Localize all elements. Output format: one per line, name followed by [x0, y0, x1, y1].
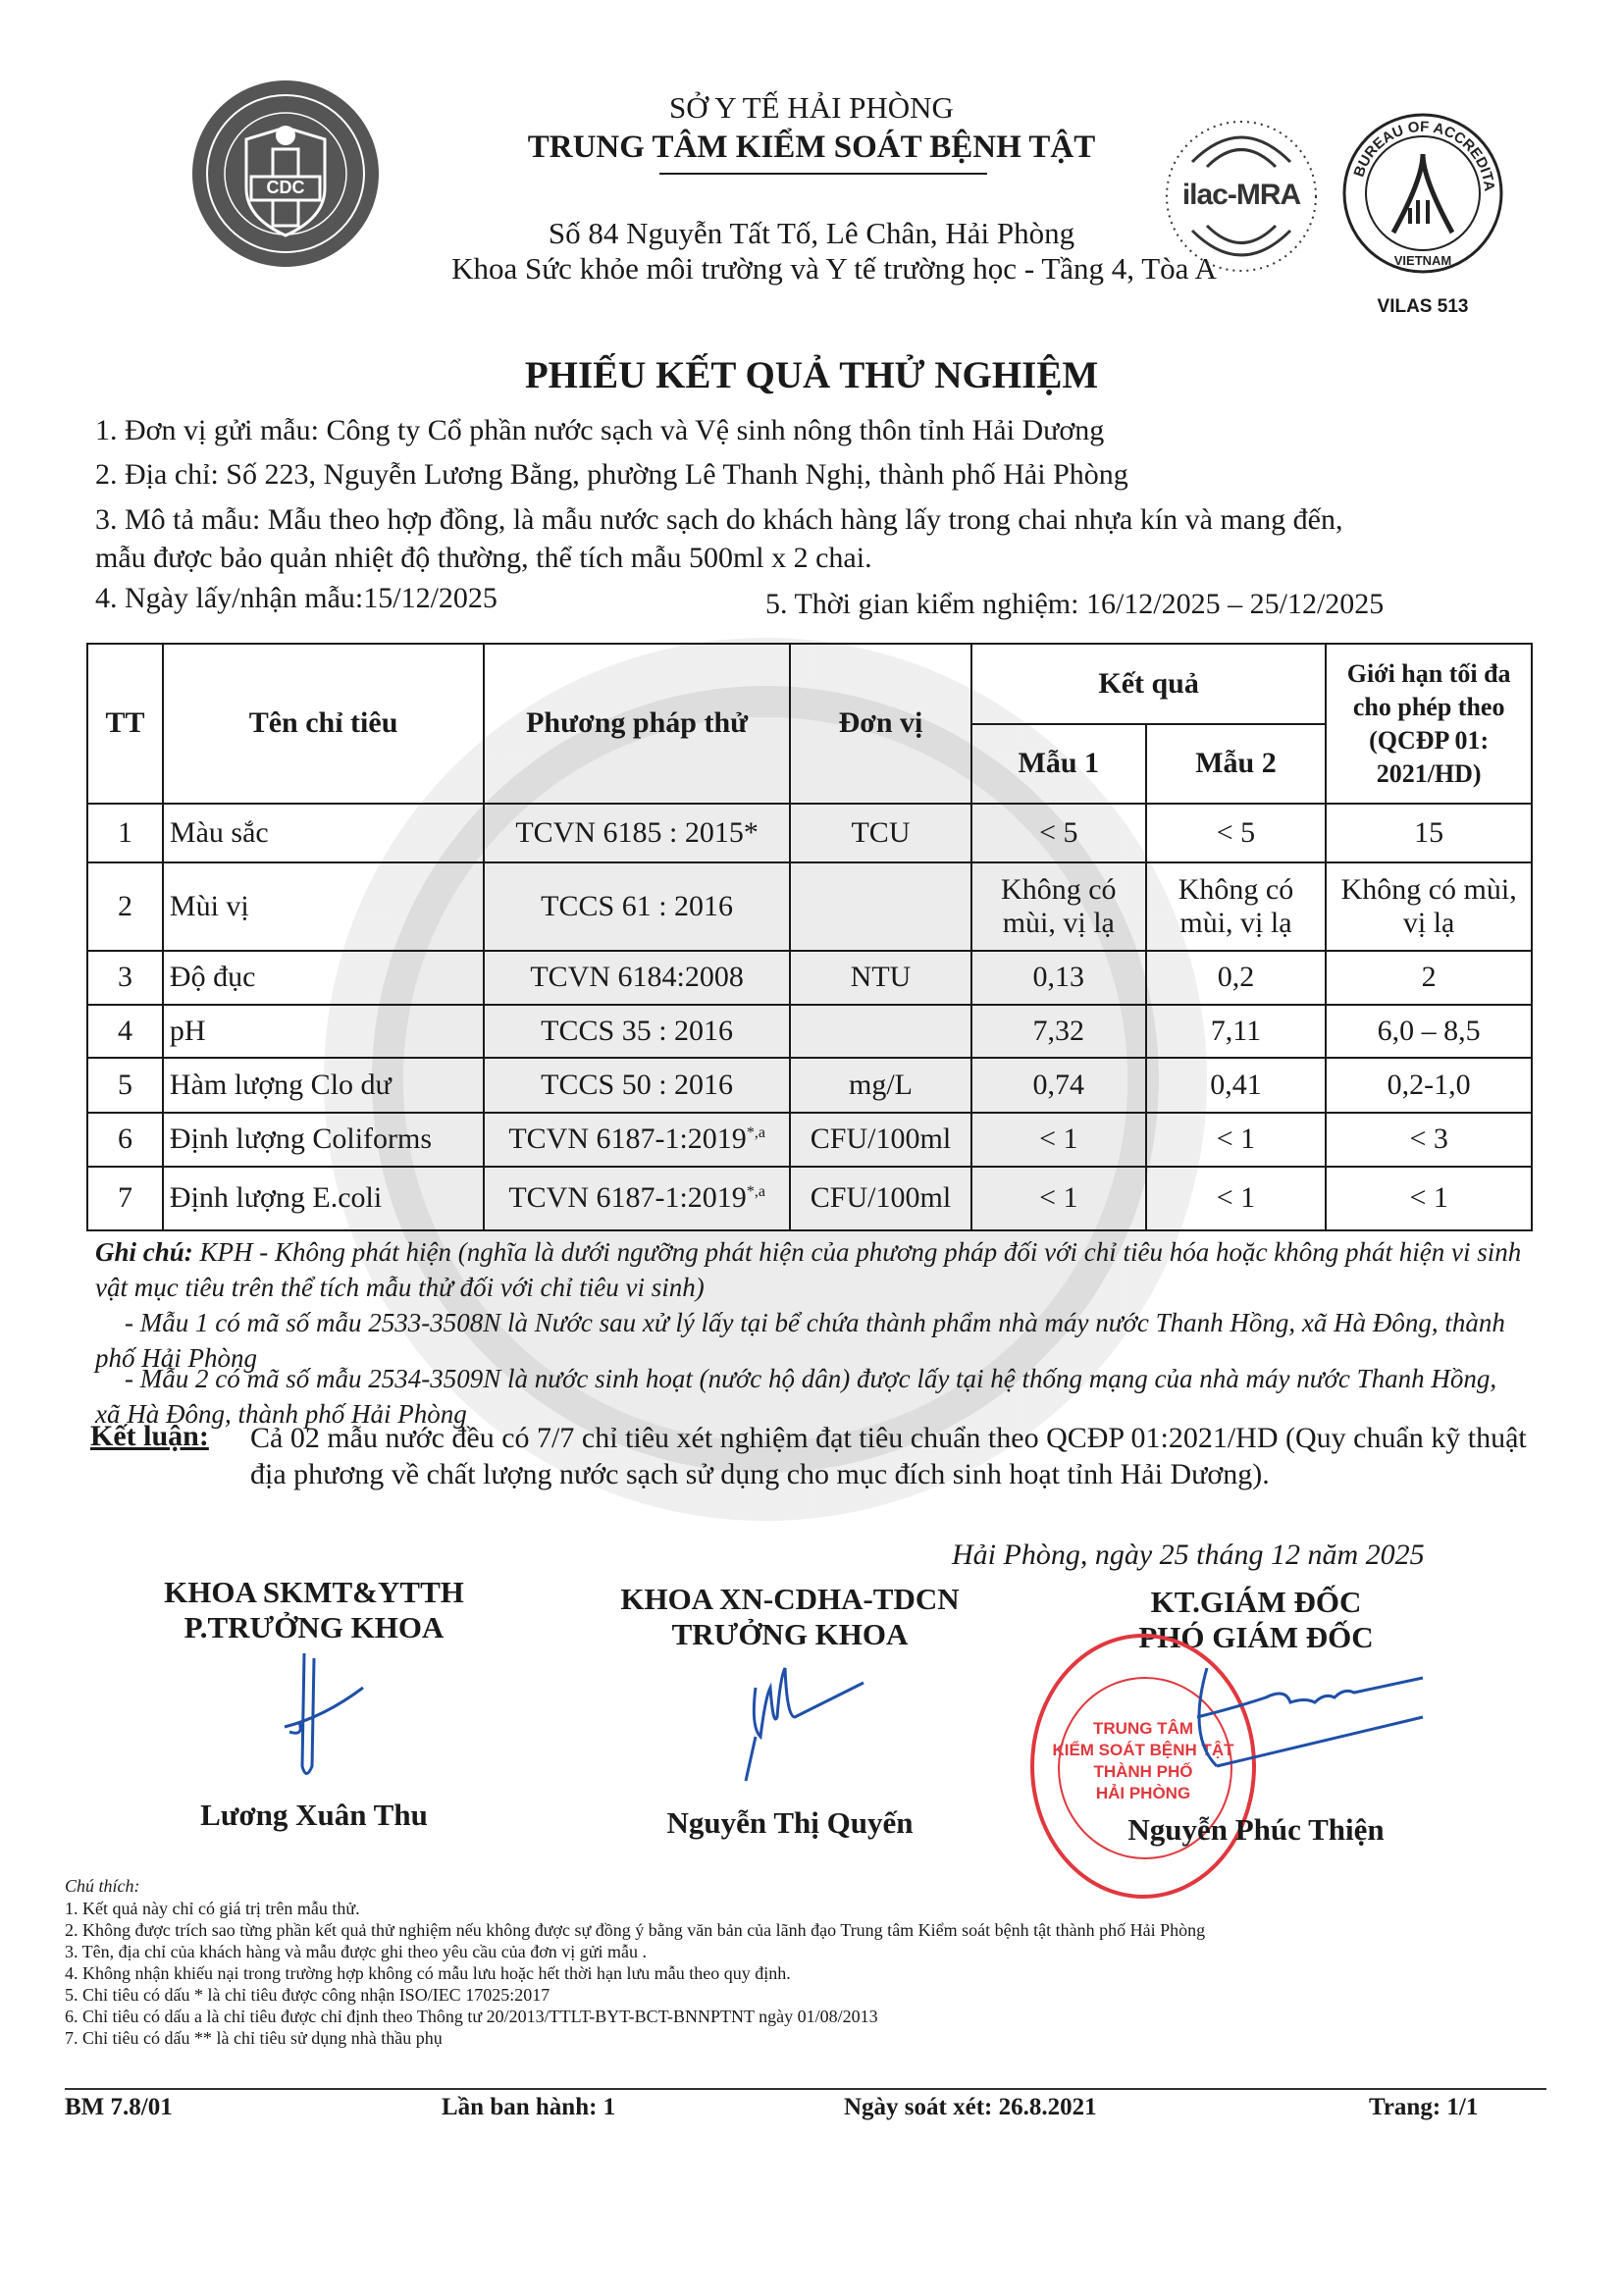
cell-unit: TCU	[790, 804, 971, 862]
cell-limit: Không có mùi, vị lạ	[1326, 862, 1532, 951]
cell-sample1: 0,74	[971, 1058, 1146, 1113]
table-row: 3Độ đụcTCVN 6184:2008NTU0,130,22	[87, 951, 1532, 1005]
cell-sample1: 0,13	[971, 951, 1146, 1005]
cell-tt: 2	[87, 862, 163, 951]
signature-block-2: KHOA XN-CDHA-TDCN TRƯỞNG KHOA	[574, 1582, 1006, 1652]
cell-sample1: < 1	[971, 1167, 1146, 1230]
cdc-logo-text: CDC	[261, 178, 310, 198]
cell-method: TCCS 61 : 2016	[484, 862, 790, 951]
signature-3-title1: KT.GIÁM ĐỐC	[1040, 1585, 1472, 1620]
signature-block-1: KHOA SKMT&YTTH P.TRƯỞNG KHOA	[98, 1575, 530, 1645]
signature-1-dept: KHOA SKMT&YTTH	[98, 1575, 530, 1610]
issue-date-place: Hải Phòng, ngày 25 tháng 12 năm 2025	[952, 1539, 1425, 1572]
cell-method: TCVN 6185 : 2015*	[484, 804, 790, 862]
note-kph-text: KPH - Không phát hiện (nghĩa là dưới ngư…	[95, 1237, 1521, 1302]
cell-tt: 3	[87, 951, 163, 1005]
cell-sample1: < 5	[971, 804, 1146, 862]
boa-logo: BUREAU OF ACCREDITATION VIETNAM	[1339, 110, 1506, 277]
footnote-item: 5. Chỉ tiêu có dấu * là chỉ tiêu được cô…	[65, 1985, 550, 2006]
footnote-item: 4. Không nhận khiếu nại trong trường hợp…	[65, 1963, 791, 1984]
signature-2-title: TRƯỞNG KHOA	[574, 1617, 1006, 1652]
cell-name: Định lượng Coliforms	[163, 1113, 484, 1167]
header-result: Kết quả	[971, 644, 1326, 724]
signature-scribble-2	[716, 1658, 873, 1786]
conclusion-label: Kết luận:	[90, 1420, 209, 1453]
cell-name: Mùi vị	[163, 862, 484, 951]
cell-tt: 5	[87, 1058, 163, 1113]
sender-info: 1. Đơn vị gửi mẫu: Công ty Cổ phần nước …	[95, 414, 1104, 447]
cell-sample2: 0,2	[1146, 951, 1327, 1005]
cell-sample1: Không có mùi, vị lạ	[971, 862, 1146, 951]
table-row: 6Định lượng ColiformsTCVN 6187-1:2019*,a…	[87, 1113, 1532, 1167]
issue-number: Lần ban hành: 1	[442, 2094, 615, 2121]
cell-limit: 6,0 – 8,5	[1326, 1005, 1532, 1058]
cell-name: pH	[163, 1005, 484, 1058]
cell-method: TCVN 6187-1:2019*,a	[484, 1167, 790, 1230]
table-row: 7Định lượng E.coliTCVN 6187-1:2019*,aCFU…	[87, 1167, 1532, 1230]
cell-tt: 6	[87, 1113, 163, 1167]
cell-limit: 15	[1326, 804, 1532, 862]
ilac-mra-logo: ilac-MRA	[1163, 118, 1320, 275]
cell-method: TCCS 50 : 2016	[484, 1058, 790, 1113]
signer-2-name: Nguyễn Thị Quyến	[574, 1805, 1006, 1841]
footnote-item: 1. Kết quả này chỉ có giá trị trên mẫu t…	[65, 1899, 360, 1919]
footnote-item: 2. Không được trích sao từng phần kết qu…	[65, 1920, 1205, 1941]
footnote-item: 6. Chỉ tiêu có dấu a là chỉ tiêu được ch…	[65, 2007, 878, 2027]
vilas-code: VILAS 513	[1364, 296, 1482, 318]
header-tt: TT	[87, 644, 163, 804]
header-name: Tên chỉ tiêu	[163, 644, 484, 804]
review-date: Ngày soát xét: 26.8.2021	[844, 2094, 1097, 2121]
cell-sample2: < 1	[1146, 1113, 1327, 1167]
signer-1-name: Lương Xuân Thu	[98, 1798, 530, 1833]
note-kph: Ghi chú: KPH - Không phát hiện (nghĩa là…	[95, 1234, 1528, 1305]
signature-scribble-1	[245, 1648, 393, 1786]
cell-name: Màu sắc	[163, 804, 484, 862]
cell-sample2: 0,41	[1146, 1058, 1327, 1113]
cell-unit	[790, 1005, 971, 1058]
header-limit: Giới hạn tối đa cho phép theo (QCĐP 01: …	[1326, 644, 1532, 804]
test-period: 5. Thời gian kiểm nghiệm: 16/12/2025 – 2…	[765, 588, 1384, 621]
conclusion-text: Cả 02 mẫu nước đều có 7/7 chỉ tiêu xét n…	[250, 1420, 1531, 1492]
signature-1-title: P.TRƯỞNG KHOA	[98, 1610, 530, 1645]
cell-name: Định lượng E.coli	[163, 1167, 484, 1230]
cell-sample1: 7,32	[971, 1005, 1146, 1058]
ilac-text: ilac-MRA	[1163, 179, 1320, 212]
cell-name: Độ đục	[163, 951, 484, 1005]
footnote-item: 7. Chỉ tiêu có dấu ** là chỉ tiêu sử dụn…	[65, 2028, 443, 2049]
address-info: 2. Địa chỉ: Số 223, Nguyễn Lương Bằng, p…	[95, 458, 1128, 492]
signature-scribble-3	[1178, 1658, 1433, 1796]
cell-limit: < 1	[1326, 1167, 1532, 1230]
cell-method: TCCS 35 : 2016	[484, 1005, 790, 1058]
cell-limit: 0,2-1,0	[1326, 1058, 1532, 1113]
cell-sample2: < 5	[1146, 804, 1327, 862]
signer-3-name: Nguyễn Phúc Thiện	[1040, 1812, 1472, 1848]
cell-method: TCVN 6184:2008	[484, 951, 790, 1005]
cell-unit: CFU/100ml	[790, 1167, 971, 1230]
cell-unit: NTU	[790, 951, 971, 1005]
cell-unit	[790, 862, 971, 951]
table-row: 2Mùi vịTCCS 61 : 2016Không có mùi, vị lạ…	[87, 862, 1532, 951]
received-date: 4. Ngày lấy/nhận mẫu:15/12/2025	[95, 582, 497, 615]
svg-text:VIETNAM: VIETNAM	[1394, 253, 1452, 268]
form-code: BM 7.8/01	[65, 2094, 173, 2121]
page-number: Trang: 1/1	[1369, 2094, 1478, 2121]
cell-method: TCVN 6187-1:2019*,a	[484, 1113, 790, 1167]
cell-tt: 7	[87, 1167, 163, 1230]
org-underline	[659, 173, 987, 175]
accreditation-icon: BUREAU OF ACCREDITATION VIETNAM	[1339, 110, 1506, 277]
results-table: TT Tên chỉ tiêu Phương pháp thử Đơn vị K…	[86, 643, 1533, 1231]
note-label: Ghi chú:	[95, 1237, 193, 1267]
header-sample1: Mẫu 1	[971, 724, 1146, 804]
cell-sample2: 7,11	[1146, 1005, 1327, 1058]
cell-sample1: < 1	[971, 1113, 1146, 1167]
header-method: Phương pháp thử	[484, 644, 790, 804]
table-row: 1Màu sắcTCVN 6185 : 2015*TCU< 5< 515	[87, 804, 1532, 862]
cell-unit: CFU/100ml	[790, 1113, 971, 1167]
cell-sample2: Không có mùi, vị lạ	[1146, 862, 1327, 951]
footnote-item: 3. Tên, địa chỉ của khách hàng và mẫu đư…	[65, 1942, 647, 1962]
cell-name: Hàm lượng Clo dư	[163, 1058, 484, 1113]
description-line1: 3. Mô tả mẫu: Mẫu theo hợp đồng, là mẫu …	[95, 503, 1342, 537]
header-sample2: Mẫu 2	[1146, 724, 1327, 804]
cell-unit: mg/L	[790, 1058, 971, 1113]
table-row: 5Hàm lượng Clo dưTCCS 50 : 2016mg/L0,740…	[87, 1058, 1532, 1113]
faculty-name: Khoa Sức khỏe môi trường và Y tế trường …	[402, 251, 1266, 287]
cell-limit: < 3	[1326, 1113, 1532, 1167]
description-line2: mẫu được bảo quản nhiệt độ thường, thể t…	[95, 542, 872, 575]
cell-limit: 2	[1326, 951, 1532, 1005]
document-title: PHIẾU KẾT QUẢ THỬ NGHIỆM	[0, 353, 1623, 397]
cell-sample2: < 1	[1146, 1167, 1327, 1230]
header-unit: Đơn vị	[790, 644, 971, 804]
footnotes-title: Chú thích:	[65, 1876, 140, 1897]
cell-tt: 1	[87, 804, 163, 862]
signature-2-dept: KHOA XN-CDHA-TDCN	[574, 1582, 1006, 1617]
cell-tt: 4	[87, 1005, 163, 1058]
footer-divider	[65, 2088, 1546, 2090]
table-row: 4pHTCCS 35 : 20167,327,116,0 – 8,5	[87, 1005, 1532, 1058]
